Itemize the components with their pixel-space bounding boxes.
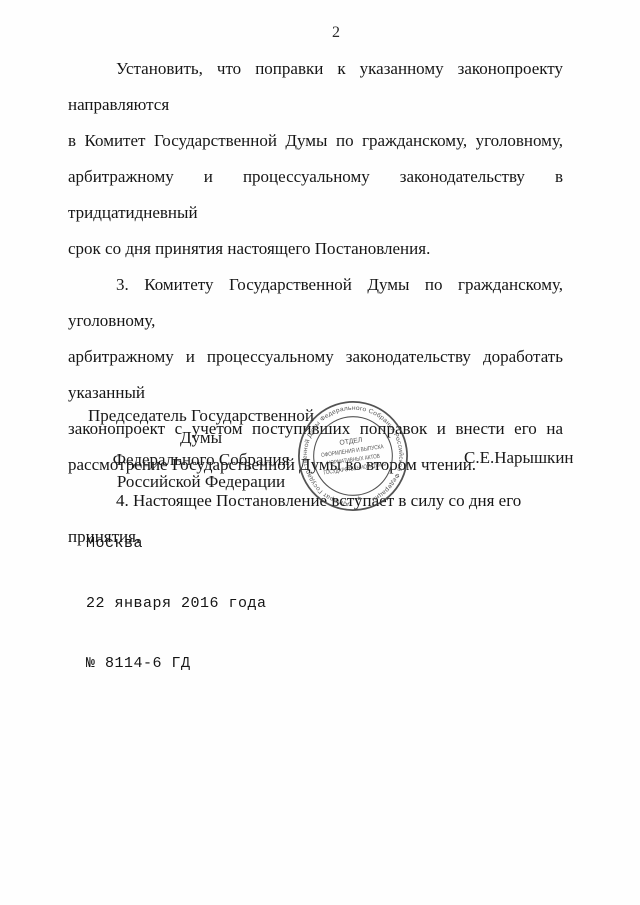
body-line: срок со дня принятия настоящего Постанов… [68,231,563,267]
stamp-outer-ring [294,397,412,515]
stamp-star-icon: ★ [356,495,362,503]
paragraph-2-continuation: Установить, что поправки к указанному за… [68,51,563,267]
footer-date: 22 января 2016 года [86,594,267,614]
signer-title: Председатель Государственной Думы Федера… [70,405,332,493]
signer-title-line: Российской Федерации [70,471,332,493]
page-number: 2 [0,24,640,42]
document-page: 2 Установить, что поправки к указанному … [0,0,640,905]
signer-title-line: Председатель Государственной Думы [70,405,332,449]
footer-doc-number: № 8114-6 ГД [86,654,267,674]
signer-title-line: Федерального Собрания [70,449,332,471]
footer-city: Москва [86,534,267,554]
official-stamp-seal-icon: Аппарат Государственной Думы Федеральног… [294,397,412,515]
body-line: в Комитет Государственной Думы по гражда… [68,123,563,159]
signer-name: С.Е.Нарышкин [464,448,574,468]
body-line: Установить, что поправки к указанному за… [68,51,563,123]
body-line: 3. Комитету Государственной Думы по граж… [68,267,563,339]
body-line: арбитражному и процессуальному законодат… [68,159,563,231]
footer-block: Москва 22 января 2016 года № 8114-6 ГД [86,494,267,714]
stamp-center-text-line: ОТДЕЛ [339,437,363,447]
